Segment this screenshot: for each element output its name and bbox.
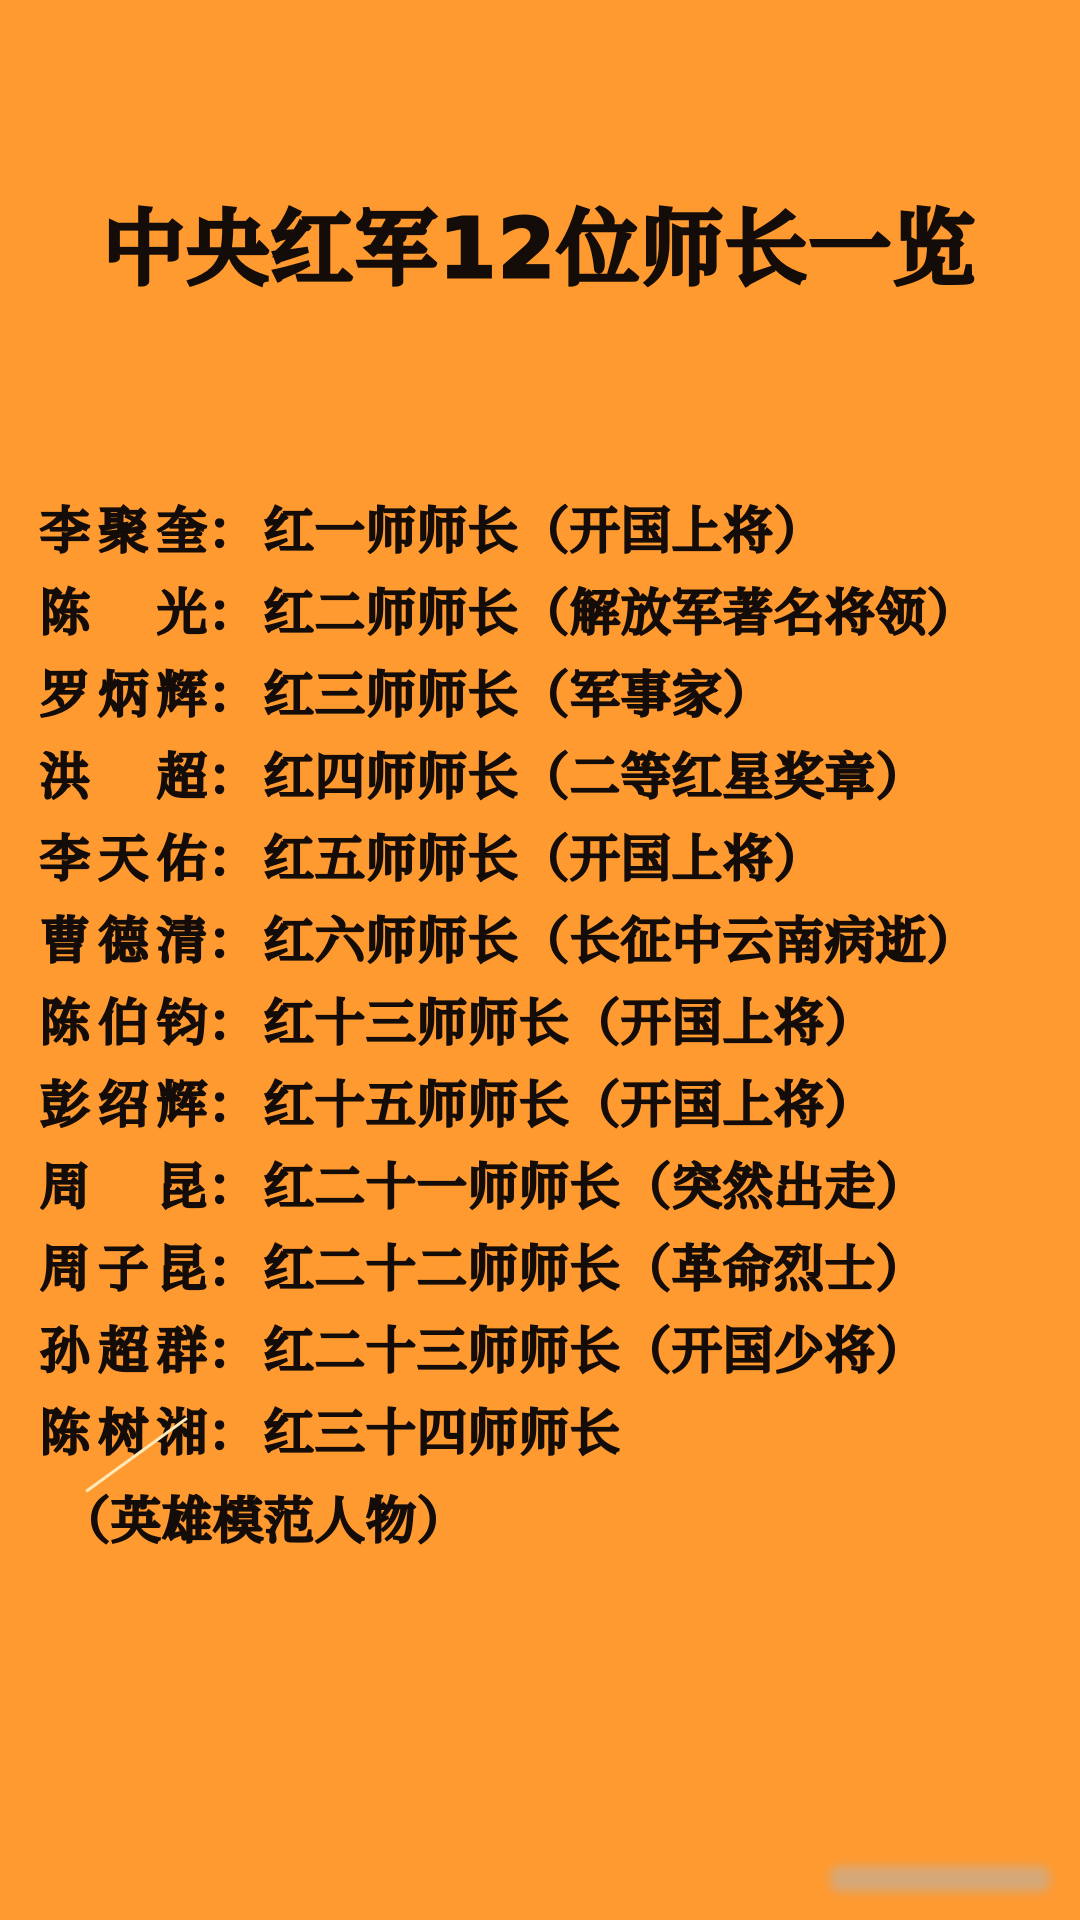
commander-note: （革命烈士） — [621, 1240, 927, 1298]
commander-name: 周子昆 — [40, 1234, 208, 1304]
commander-note: （突然出走） — [621, 1158, 927, 1216]
list-item: 洪超：红四师师长（二等红星奖章） — [40, 742, 1060, 824]
colon: ： — [208, 1316, 264, 1386]
colon: ： — [208, 1398, 264, 1468]
commander-name: 陈光 — [40, 578, 208, 648]
commander-name: 周昆 — [40, 1152, 208, 1222]
colon: ： — [208, 906, 264, 976]
division-title: 红三师师长 — [264, 666, 519, 724]
division-title: 红六师师长 — [264, 912, 519, 970]
list-item: 周子昆：红二十二师师长（革命烈士） — [40, 1234, 1060, 1316]
division-title: 红五师师长 — [264, 830, 519, 888]
commander-name: 罗炳辉 — [40, 660, 208, 730]
commander-note: （开国上将） — [570, 994, 876, 1052]
commander-name: 曹德清 — [40, 906, 208, 976]
list-item: 李天佑：红五师师长（开国上将） — [40, 824, 1060, 906]
colon: ： — [208, 1152, 264, 1222]
colon: ： — [208, 824, 264, 894]
colon: ： — [208, 1070, 264, 1140]
commander-note: （二等红星奖章） — [519, 748, 927, 806]
list-item: 彭绍辉：红十五师师长（开国上将） — [40, 1070, 1060, 1152]
colon: ： — [208, 660, 264, 730]
list-item: 曹德清：红六师师长（长征中云南病逝） — [40, 906, 1060, 988]
commander-note: （开国上将） — [519, 830, 825, 888]
colon: ： — [208, 742, 264, 812]
division-title: 红十三师师长 — [264, 994, 570, 1052]
colon: ： — [208, 578, 264, 648]
list-item: 陈光：红二师师长（解放军著名将领） — [40, 578, 1060, 660]
commander-note: （开国少将） — [621, 1322, 927, 1380]
commander-name: 洪超 — [40, 742, 208, 812]
division-title: 红二师师长 — [264, 584, 519, 642]
division-title: 红二十一师师长 — [264, 1158, 621, 1216]
list-item: 罗炳辉：红三师师长（军事家） — [40, 660, 1060, 742]
commander-note: （解放军著名将领） — [519, 584, 978, 642]
colon: ： — [208, 988, 264, 1058]
colon: ： — [208, 1234, 264, 1304]
division-title: 红一师师长 — [264, 502, 519, 560]
division-title: 红十五师师长 — [264, 1076, 570, 1134]
division-title: 红二十三师师长 — [264, 1322, 621, 1380]
commander-name: 陈伯钧 — [40, 988, 208, 1058]
commander-name: 彭绍辉 — [40, 1070, 208, 1140]
commander-note: （军事家） — [519, 666, 774, 724]
commander-name: 李聚奎 — [40, 496, 208, 566]
list-item: 孙超群：红二十三师师长（开国少将） — [40, 1316, 1060, 1398]
page-title: 中央红军12位师长一览 — [0, 200, 1080, 300]
commander-list: 李聚奎：红一师师长（开国上将） 陈光：红二师师长（解放军著名将领） 罗炳辉：红三… — [40, 496, 1060, 1570]
list-item: 李聚奎：红一师师长（开国上将） — [40, 496, 1060, 578]
division-title: 红二十二师师长 — [264, 1240, 621, 1298]
watermark: 头条号@ — [830, 1866, 1050, 1892]
commander-note: （开国上将） — [570, 1076, 876, 1134]
commander-name: 李天佑 — [40, 824, 208, 894]
division-title: 红三十四师师长 — [264, 1404, 621, 1462]
list-item: 陈树湘：红三十四师师长 — [40, 1398, 1060, 1480]
list-item: 陈伯钧：红十三师师长（开国上将） — [40, 988, 1060, 1070]
list-item: 周昆：红二十一师师长（突然出走） — [40, 1152, 1060, 1234]
commander-name: 孙超群 — [40, 1316, 208, 1386]
colon: ： — [208, 496, 264, 566]
commander-name: 陈树湘 — [40, 1398, 208, 1468]
division-title: 红四师师长 — [264, 748, 519, 806]
commander-note: （长征中云南病逝） — [519, 912, 978, 970]
commander-note: （开国上将） — [519, 502, 825, 560]
last-commander-note: （英雄模范人物） — [40, 1480, 1060, 1570]
